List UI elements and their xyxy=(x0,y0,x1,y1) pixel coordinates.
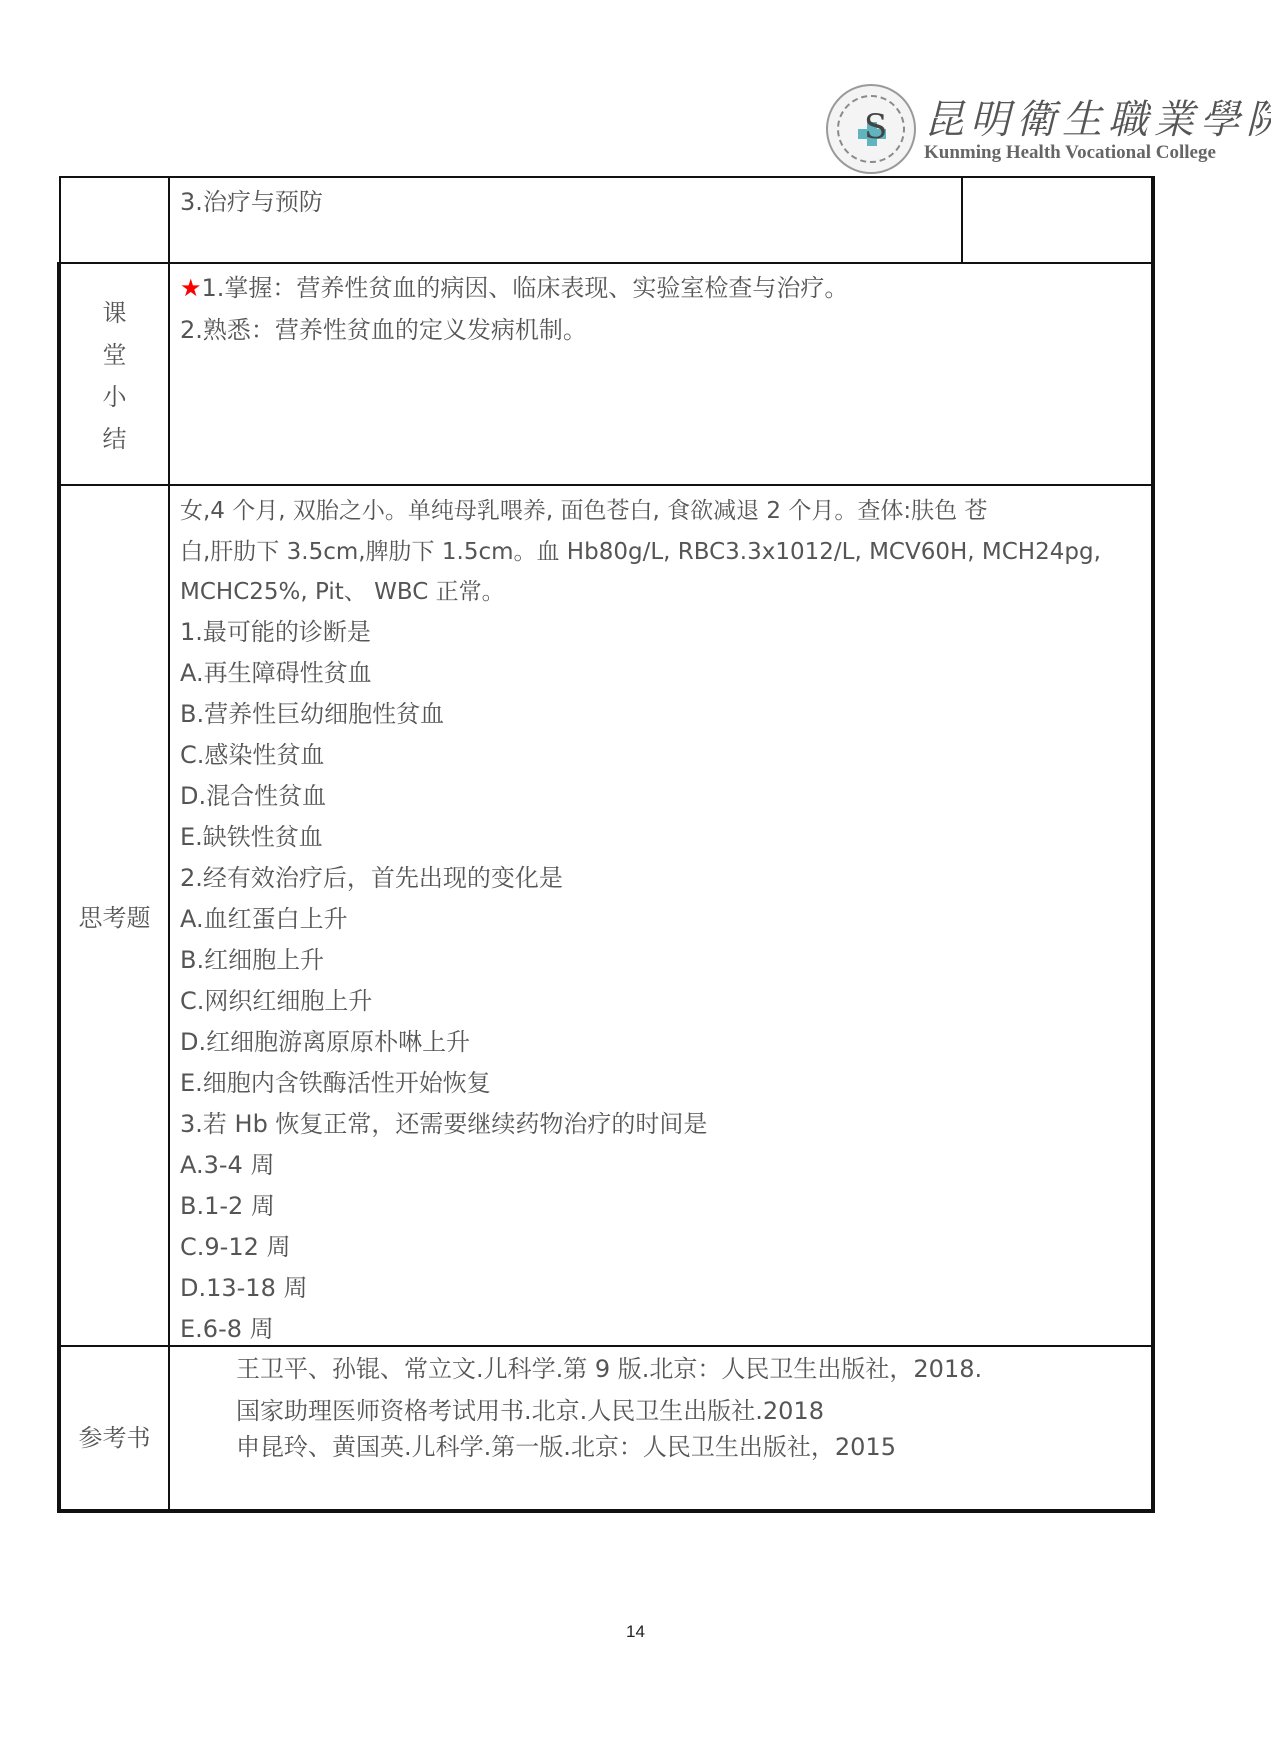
table-border-top xyxy=(59,176,1153,178)
question-option: A.血红蛋白上升 xyxy=(180,899,348,940)
case-line: 女,4 个月, 双胎之小。单纯母乳喂养, 面色苍白, 食欲减退 2 个月。查体:… xyxy=(180,491,987,532)
school-name-en: Kunming Health Vocational College xyxy=(924,142,1216,164)
question-option: C.9-12 周 xyxy=(180,1227,290,1268)
summary-item-text: 1.掌握：营养性贫血的病因、临床表现、实验室检查与治疗。 xyxy=(202,274,849,302)
question-stem: 1.最可能的诊断是 xyxy=(180,612,371,653)
college-logo: S 昆明衛生職業學院 Kunming Health Vocational Col… xyxy=(826,84,1221,174)
case-line: MCHC25%, Pit、 WBC 正常。 xyxy=(180,572,505,613)
star-icon: ★ xyxy=(180,274,202,302)
question-option: A.3-4 周 xyxy=(180,1145,274,1186)
summary-label-char: 小 xyxy=(61,376,168,418)
case-line: 白,肝肋下 3.5cm,脾肋下 1.5cm。血 Hb80g/L, RBC3.3x… xyxy=(180,532,1101,573)
top-row-content: 3.治疗与预防 xyxy=(180,182,323,223)
summary-label: 课 堂 小 结 xyxy=(61,292,168,460)
question-option: E.6-8 周 xyxy=(180,1309,274,1350)
row-divider xyxy=(59,484,1153,486)
question-option: C.感染性贫血 xyxy=(180,735,324,776)
reference-item: 王卫平、孙锟、常立文.儿科学.第 9 版.北京：人民卫生出版社，2018. xyxy=(236,1349,982,1390)
question-option: E.细胞内含铁酶活性开始恢复 xyxy=(180,1063,491,1104)
college-emblem-icon: S xyxy=(826,84,916,174)
column-divider xyxy=(168,176,170,1512)
question-option: D.混合性贫血 xyxy=(180,776,326,817)
summary-item: ★1.掌握：营养性贫血的病因、临床表现、实验室检查与治疗。 xyxy=(180,268,848,309)
question-option: D.红细胞游离原原朴啉上升 xyxy=(180,1022,470,1063)
page-number: 14 xyxy=(0,1622,1271,1642)
question-stem: 2.经有效治疗后，首先出现的变化是 xyxy=(180,858,563,899)
table-border-bottom xyxy=(57,1509,1155,1513)
reference-item: 国家助理医师资格考试用书.北京.人民卫生出版社.2018 xyxy=(236,1391,824,1432)
question-option: D.13-18 周 xyxy=(180,1268,307,1309)
question-option: A.再生障碍性贫血 xyxy=(180,653,372,694)
question-option: C.网织红细胞上升 xyxy=(180,981,372,1022)
school-name-cn: 昆明衛生職業學院 xyxy=(924,88,1271,145)
questions-label: 思考题 xyxy=(61,900,168,936)
summary-label-char: 结 xyxy=(61,418,168,460)
question-option: B.红细胞上升 xyxy=(180,940,324,981)
summary-item: 2.熟悉：营养性贫血的定义发病机制。 xyxy=(180,310,587,351)
question-option: B.1-2 周 xyxy=(180,1186,275,1227)
question-option: E.缺铁性贫血 xyxy=(180,817,323,858)
top-row-divider xyxy=(961,176,963,263)
row-divider xyxy=(59,262,1153,264)
references-label: 参考书 xyxy=(61,1420,168,1456)
summary-label-char: 堂 xyxy=(61,334,168,376)
table-border-right xyxy=(1151,176,1155,1513)
table-border-left-top xyxy=(59,176,61,263)
summary-label-char: 课 xyxy=(61,292,168,334)
question-stem: 3.若 Hb 恢复正常，还需要继续药物治疗的时间是 xyxy=(180,1104,707,1145)
reference-item: 申昆玲、黄国英.儿科学.第一版.北京：人民卫生出版社，2015 xyxy=(236,1427,896,1468)
question-option: B.营养性巨幼细胞性贫血 xyxy=(180,694,444,735)
